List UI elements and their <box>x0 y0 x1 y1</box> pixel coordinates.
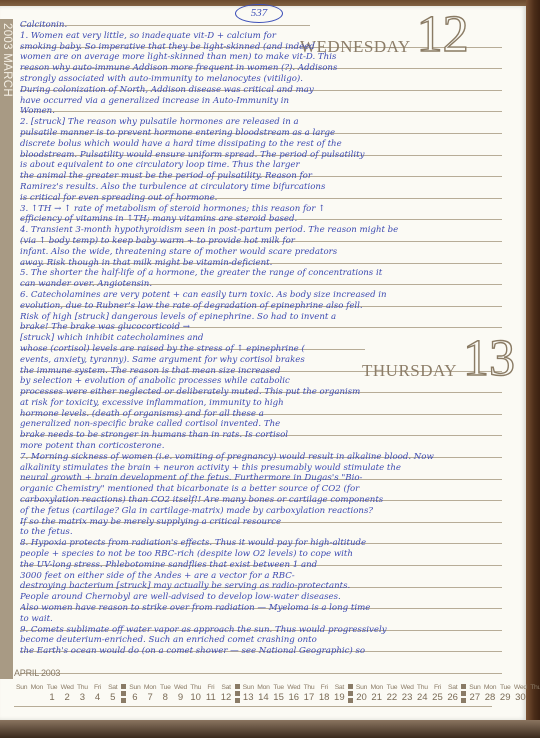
weekday-label: Thu <box>301 683 316 692</box>
note-line: generalized non-specific brake called co… <box>20 419 520 430</box>
note-line: hormone levels. (death of organisms) and… <box>20 409 520 420</box>
calendar-day: Sat5 <box>105 683 120 704</box>
calendar-day: Tue15 <box>271 683 286 704</box>
note-line: If so the matrix may be merely supplying… <box>20 517 520 528</box>
calendar-week: Sun27Mon28Tue29Wed30Thu Fri Sat <box>467 683 540 704</box>
day-number: 9 <box>173 692 188 704</box>
day-number: 24 <box>415 692 430 704</box>
weekday-label: Sun <box>241 683 256 692</box>
day-number: 28 <box>482 692 497 704</box>
week-separator <box>347 683 354 705</box>
calendar-day: Wed2 <box>60 683 75 704</box>
weekday-label: Mon <box>482 683 497 692</box>
note-line: efficiency of vitamins in ↑TH; many vita… <box>20 214 520 225</box>
note-line: is critical for even spreading out of ho… <box>20 193 520 204</box>
note-line: 7. Morning sickness of women (i.e. vomit… <box>20 452 520 463</box>
note-line: organic Chemistry" mentioned that bicarb… <box>20 484 520 495</box>
calendar-day: Sun13 <box>241 683 256 704</box>
weekday-label: Tue <box>498 683 513 692</box>
calendar-week: Sun13Mon14Tue15Wed16Thu17Fri18Sat19 <box>241 683 347 704</box>
calendar-day: Sun <box>14 683 29 704</box>
note-line: Women. <box>20 106 520 117</box>
note-line: the Earth's ocean would do (on a comet s… <box>20 646 520 657</box>
weekday-label: Fri <box>203 683 218 692</box>
day-number: 26 <box>445 692 460 704</box>
calendar-grid: Sun Mon Tue1Wed2Thu3Fri4Sat5Sun6Mon7Tue8… <box>14 683 540 705</box>
weekday-label: Fri <box>430 683 445 692</box>
day-number: 11 <box>203 692 218 704</box>
note-line: carboxylation reactions) than CO2 itself… <box>20 495 520 506</box>
weekday-label: Sun <box>354 683 369 692</box>
calendar-day: Sun20 <box>354 683 369 704</box>
note-line: 4. Transient 3-month hypothyroidism seen… <box>20 225 520 236</box>
calendar-day: Mon7 <box>143 683 158 704</box>
weekday-label: Sat <box>218 683 233 692</box>
note-line: smoking baby. So imperative that they be… <box>20 42 520 53</box>
ruled-line <box>20 673 502 674</box>
note-line: Calcitonin. <box>20 20 520 31</box>
note-line: neural growth + brain development of the… <box>20 473 520 484</box>
note-line: 2. [struck] The reason why pulsatile hor… <box>20 117 520 128</box>
calendar-day: Thu10 <box>188 683 203 704</box>
calendar-day: Tue22 <box>384 683 399 704</box>
day-number: 4 <box>90 692 105 704</box>
day-number: 8 <box>158 692 173 704</box>
note-line: is about equivalent to one circulatory l… <box>20 160 520 171</box>
note-line: 3. ↑TH → ↑ rate of metabolism of steroid… <box>20 204 520 215</box>
calendar-day: Mon21 <box>369 683 384 704</box>
day-number <box>29 692 44 704</box>
note-line: reason why auto-immune Addison more freq… <box>20 63 520 74</box>
day-number: 21 <box>369 692 384 704</box>
day-number: 12 <box>218 692 233 704</box>
note-line: 9. Comets sublimate off water vapor as a… <box>20 625 520 636</box>
day-number: 19 <box>332 692 347 704</box>
day-number: 2 <box>60 692 75 704</box>
calendar-day: Thu3 <box>75 683 90 704</box>
calendar-day: Mon14 <box>256 683 271 704</box>
weekday-label: Sat <box>332 683 347 692</box>
day-number: 22 <box>384 692 399 704</box>
day-number: 29 <box>498 692 513 704</box>
weekday-label: Wed <box>400 683 415 692</box>
note-line: the immune system. The reason is that me… <box>20 366 520 377</box>
weekday-label: Mon <box>29 683 44 692</box>
month-tab: 2003 MARCH <box>0 19 13 679</box>
day-number: 6 <box>127 692 142 704</box>
calendar-day: Mon <box>29 683 44 704</box>
note-line: can wander over. Angiotensin. <box>20 279 520 290</box>
calendar-day: Sat26 <box>445 683 460 704</box>
note-line: pulsatile manner is to prevent hormone e… <box>20 128 520 139</box>
note-line: strongly associated with auto-immunity t… <box>20 74 520 85</box>
weekday-label: Thu <box>188 683 203 692</box>
note-line: to the fetus. <box>20 527 520 538</box>
note-line: to wait. <box>20 614 520 625</box>
calendar-day: Thu17 <box>301 683 316 704</box>
day-number: 14 <box>256 692 271 704</box>
day-number: 3 <box>75 692 90 704</box>
day-number <box>528 692 540 704</box>
weekday-label: Sun <box>127 683 142 692</box>
calendar-week: Sun Mon Tue1Wed2Thu3Fri4Sat5 <box>14 683 120 704</box>
note-line: infant. Also the wide, threatening stare… <box>20 247 520 258</box>
note-line: brake needs to be stronger in humans tha… <box>20 430 520 441</box>
note-line: Also women have reason to strike over fr… <box>20 603 520 614</box>
note-line: events, anxiety, tyranny). Same argument… <box>20 355 520 366</box>
note-line: people + species to not be too RBC-rich … <box>20 549 520 560</box>
calendar-day: Fri4 <box>90 683 105 704</box>
day-number: 5 <box>105 692 120 704</box>
day-number: 10 <box>188 692 203 704</box>
calendar-day: Sat19 <box>332 683 347 704</box>
calendar-day: Wed30 <box>513 683 528 704</box>
day-number: 25 <box>430 692 445 704</box>
calendar-day: Tue1 <box>44 683 59 704</box>
calendar-day: Fri11 <box>203 683 218 704</box>
weekday-label: Tue <box>44 683 59 692</box>
note-line: brake! The brake was glucocorticoid → <box>20 322 520 333</box>
week-separator <box>120 683 127 705</box>
calendar-day: Tue8 <box>158 683 173 704</box>
day-number <box>14 692 29 704</box>
note-line: 1. Women eat very little, so inadequate … <box>20 31 520 42</box>
weekday-label: Fri <box>90 683 105 692</box>
note-line: at risk for toxicity, excessive inflamma… <box>20 398 520 409</box>
note-line: destroying bacterium [struck] may actual… <box>20 581 520 592</box>
note-line: away. Risk though in that milk might be … <box>20 258 520 269</box>
note-line: the animal the greater must be the perio… <box>20 171 520 182</box>
note-line: evolution, due to Rubner's law the rate … <box>20 301 520 312</box>
weekday-label: Sat <box>105 683 120 692</box>
note-line: During colonization of North, Addison di… <box>20 85 520 96</box>
weekday-label: Sun <box>14 683 29 692</box>
book-binding <box>526 0 540 738</box>
day-number: 23 <box>400 692 415 704</box>
calendar-month-label: APRIL 2003 <box>14 668 60 678</box>
day-number: 30 <box>513 692 528 704</box>
book-cover-bottom <box>0 720 540 738</box>
calendar-day: Wed16 <box>286 683 301 704</box>
day-number: 7 <box>143 692 158 704</box>
note-line: discrete bolus which would have a hard t… <box>20 139 520 150</box>
note-line: become deuterium-enriched. Such an enric… <box>20 635 520 646</box>
weekday-label: Thu <box>415 683 430 692</box>
calendar-day: Sat12 <box>218 683 233 704</box>
calendar-day: Sun27 <box>467 683 482 704</box>
calendar-day: Fri18 <box>317 683 332 704</box>
note-line: 3000 feet on either side of the Andes + … <box>20 571 520 582</box>
weekday-label: Tue <box>158 683 173 692</box>
calendar-day: Mon28 <box>482 683 497 704</box>
month-tab-label: 2003 MARCH <box>1 23 13 97</box>
week-separator <box>234 683 241 705</box>
note-line: bloodstream. Pulsatility would ensure un… <box>20 150 520 161</box>
calendar-day: Wed9 <box>173 683 188 704</box>
handwritten-notes: Calcitonin.1. Women eat very little, so … <box>20 20 520 657</box>
calendar-week: Sun6Mon7Tue8Wed9Thu10Fri11Sat12 <box>127 683 233 704</box>
note-line: by selection + evolution of anabolic pro… <box>20 376 520 387</box>
note-line: have occurred via a generalized increase… <box>20 96 520 107</box>
calendar-divider <box>14 706 492 707</box>
note-line: more potent than corticosterone. <box>20 441 520 452</box>
note-line: [struck] which inhibit catecholamines an… <box>20 333 520 344</box>
weekday-label: Tue <box>384 683 399 692</box>
day-number: 16 <box>286 692 301 704</box>
day-number: 15 <box>271 692 286 704</box>
weekday-label: Mon <box>256 683 271 692</box>
weekday-label: Mon <box>143 683 158 692</box>
day-number: 18 <box>317 692 332 704</box>
weekday-label: Tue <box>271 683 286 692</box>
day-number: 13 <box>241 692 256 704</box>
weekday-label: Mon <box>369 683 384 692</box>
note-line: processes were either neglected or delib… <box>20 387 520 398</box>
calendar-day: Tue29 <box>498 683 513 704</box>
note-line: Ramirez's results. Also the turbulence a… <box>20 182 520 193</box>
weekday-label: Thu <box>75 683 90 692</box>
note-line: of the fetus (cartilage? Gla in cartilag… <box>20 506 520 517</box>
weekday-label: Wed <box>513 683 528 692</box>
note-line: Risk of high [struck] dangerous levels o… <box>20 312 520 323</box>
calendar-day: Wed23 <box>400 683 415 704</box>
day-number: 1 <box>44 692 59 704</box>
calendar-week: Sun20Mon21Tue22Wed23Thu24Fri25Sat26 <box>354 683 460 704</box>
week-separator <box>460 683 467 705</box>
calendar-day: Thu24 <box>415 683 430 704</box>
weekday-label: Wed <box>173 683 188 692</box>
note-line: women are on average more light-skinned … <box>20 52 520 63</box>
day-number: 17 <box>301 692 316 704</box>
day-number: 20 <box>354 692 369 704</box>
calendar-day: Thu <box>528 683 540 704</box>
weekday-label: Sun <box>467 683 482 692</box>
weekday-label: Fri <box>317 683 332 692</box>
weekday-label: Sat <box>445 683 460 692</box>
note-line: the UV-long stress. Phlebotomine sandfli… <box>20 560 520 571</box>
calendar-day: Fri25 <box>430 683 445 704</box>
note-line: alkalinity stimulates the brain + neuron… <box>20 463 520 474</box>
weekday-label: Wed <box>286 683 301 692</box>
note-line: People around Chernobyl are well-advised… <box>20 592 520 603</box>
weekday-label: Wed <box>60 683 75 692</box>
calendar-day: Sun6 <box>127 683 142 704</box>
day-number: 27 <box>467 692 482 704</box>
note-line: (via ↑ body temp) to keep baby warm + to… <box>20 236 520 247</box>
note-line: whose (cortisol) levels are raised by th… <box>20 344 520 355</box>
weekday-label: Thu <box>528 683 540 692</box>
note-line: 6. Catecholamines are very potent + can … <box>20 290 520 301</box>
note-line: 8. Hypoxia protects from radiation's eff… <box>20 538 520 549</box>
note-line: 5. The shorter the half-life of a hormon… <box>20 268 520 279</box>
